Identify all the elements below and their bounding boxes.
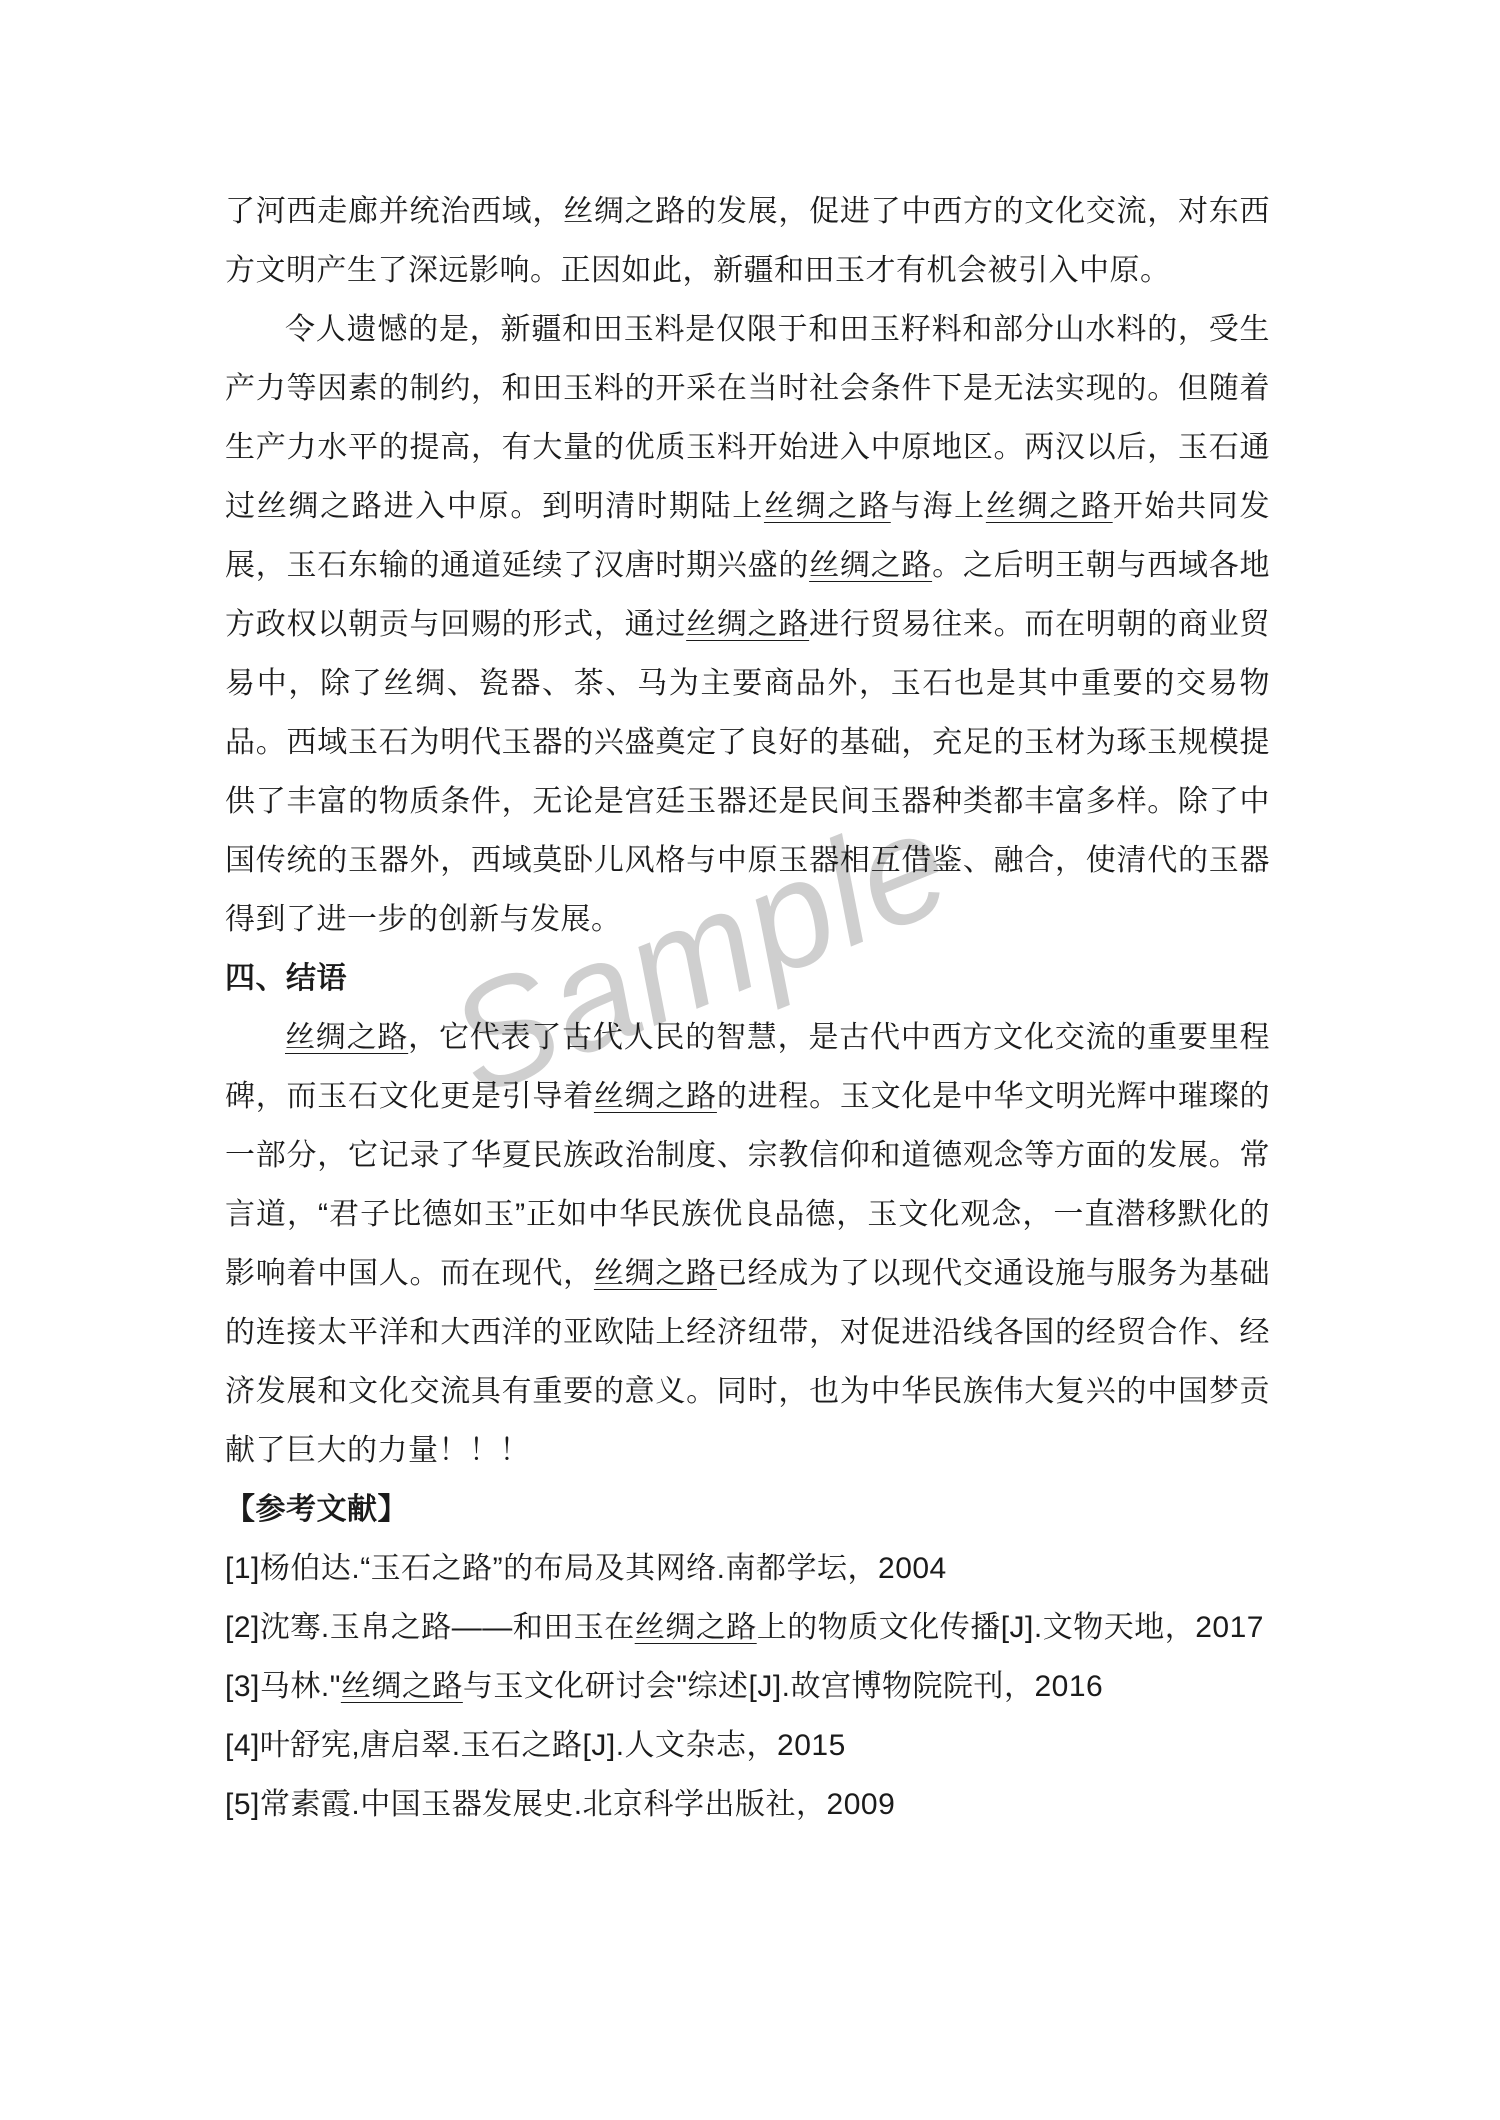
text-segment: [1]杨伯达.“玉石之路”的布局及其网络.南都学坛，2004: [225, 1552, 947, 1585]
text-segment: [2]沈骞.玉帛之路——和田玉在: [225, 1611, 635, 1644]
document-content: 了河西走廊并统治西域，丝绸之路的发展，促进了中西方的文化交流，对东西方文明产生了…: [225, 182, 1270, 1834]
heading-references: 【参考文献】: [225, 1480, 1270, 1539]
reference-4: [4]叶舒宪,唐启翠.玉石之路[J].人文杂志，2015: [225, 1716, 1270, 1775]
underlined-term: 丝绸之路: [341, 1670, 463, 1703]
underlined-term: 丝绸之路: [594, 1257, 717, 1290]
text-segment: [5]常素霞.中国玉器发展史.北京科学出版社，2009: [225, 1788, 895, 1821]
document-page: Sample 了河西走廊并统治西域，丝绸之路的发展，促进了中西方的文化交流，对东…: [0, 0, 1500, 2120]
heading-conclusion: 四、结语: [225, 949, 1270, 1008]
text-segment: 与海上: [891, 490, 986, 523]
underlined-term: 丝绸之路: [594, 1080, 717, 1113]
text-segment: [3]马林.": [225, 1670, 341, 1703]
paragraph-hetian-jade: 令人遗憾的是，新疆和田玉料是仅限于和田玉籽料和部分山水料的，受生产力等因素的制约…: [225, 300, 1270, 949]
underlined-term: 丝绸之路: [764, 490, 891, 523]
reference-3: [3]马林."丝绸之路与玉文化研讨会"综述[J].故宫博物院院刊，2016: [225, 1657, 1270, 1716]
underlined-term: 丝绸之路: [686, 608, 809, 641]
underlined-term: 丝绸之路: [986, 490, 1113, 523]
text-segment: 上的物质文化传播[J].文物天地，2017: [757, 1611, 1264, 1644]
text-segment: 了河西走廊并统治西域，丝绸之路的发展，促进了中西方的文化交流，对东西方文明产生了…: [225, 195, 1270, 287]
paragraph-conclusion: 丝绸之路，它代表了古代人民的智慧，是古代中西方文化交流的重要里程碑，而玉石文化更…: [225, 1008, 1270, 1480]
paragraph-continuation: 了河西走廊并统治西域，丝绸之路的发展，促进了中西方的文化交流，对东西方文明产生了…: [225, 182, 1270, 300]
reference-1: [1]杨伯达.“玉石之路”的布局及其网络.南都学坛，2004: [225, 1539, 1270, 1598]
text-segment: [4]叶舒宪,唐启翠.玉石之路[J].人文杂志，2015: [225, 1729, 846, 1762]
text-segment: 进行贸易往来。而在明朝的商业贸易中，除了丝绸、瓷器、茶、马为主要商品外，玉石也是…: [225, 608, 1270, 936]
text-segment: 【参考文献】: [225, 1493, 408, 1526]
underlined-term: 丝绸之路: [285, 1021, 408, 1054]
reference-2: [2]沈骞.玉帛之路——和田玉在丝绸之路上的物质文化传播[J].文物天地，201…: [225, 1598, 1270, 1657]
underlined-term: 丝绸之路: [809, 549, 932, 582]
reference-5: [5]常素霞.中国玉器发展史.北京科学出版社，2009: [225, 1775, 1270, 1834]
underlined-term: 丝绸之路: [635, 1611, 757, 1644]
text-segment: 四、结语: [225, 962, 347, 995]
text-segment: 与玉文化研讨会"综述[J].故宫博物院院刊，2016: [463, 1670, 1103, 1703]
